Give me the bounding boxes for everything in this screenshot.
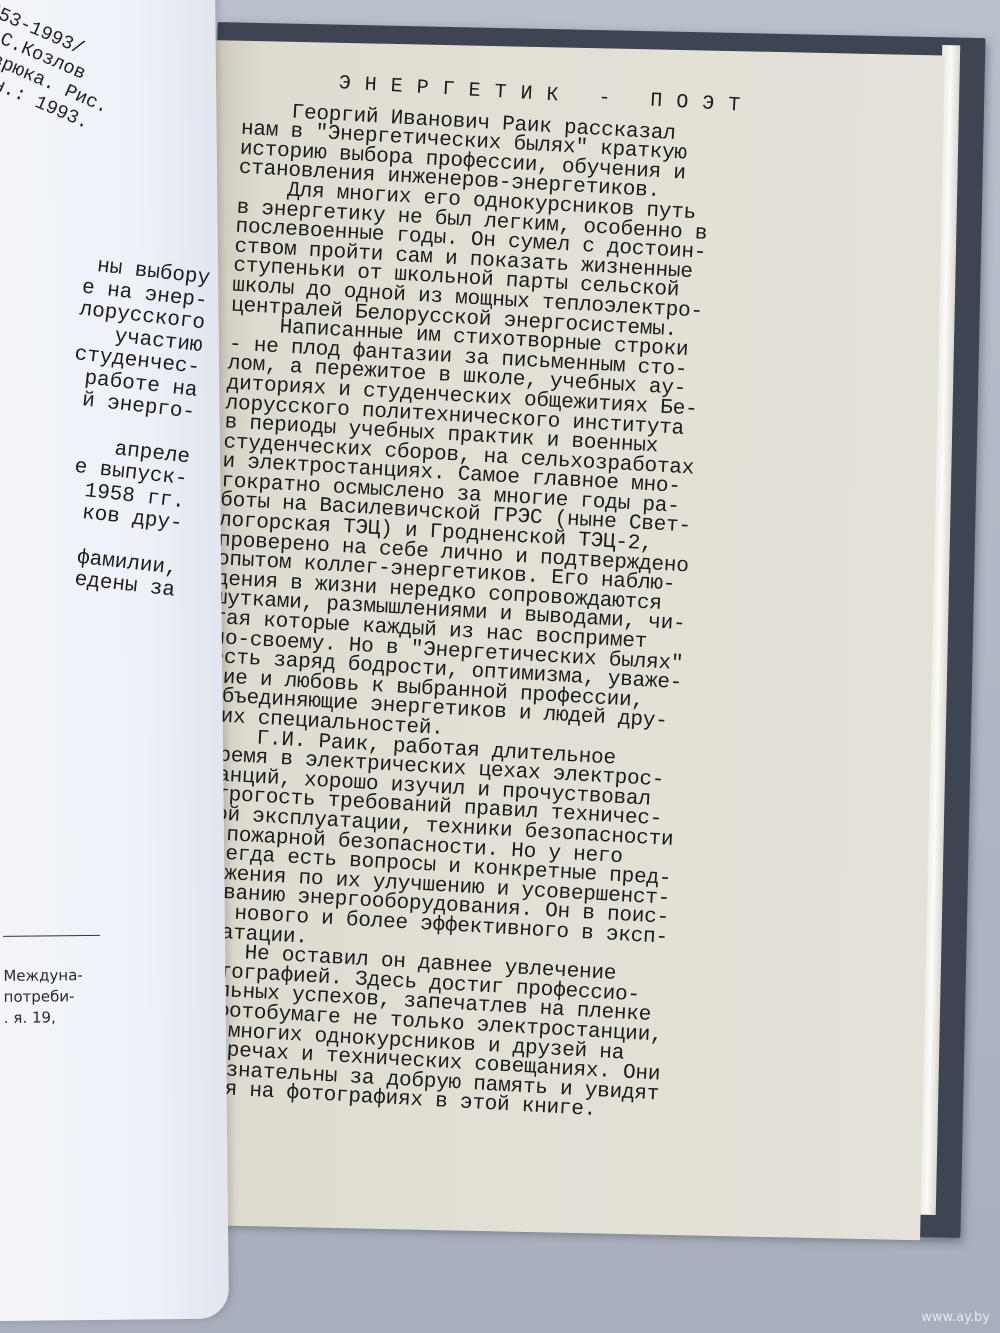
- left-page-footer: Междуна-потреби-. я. 19,: [3, 965, 83, 1029]
- left-page: 553-1993/С.С.КозловСеврюка. Рис.- Мн.: 1…: [0, 0, 229, 1321]
- left-page-body: ны выборуе на энер-лорусскогоучастиюстуд…: [0, 240, 211, 603]
- right-page-text: ЭНЕРГЕТИК - ПОЭТ Георгий Иванович Раик р…: [187, 69, 824, 1131]
- footer-line: потреби-: [4, 986, 84, 1008]
- body-text: Георгий Иванович Раик рассказалнам в "Эн…: [187, 100, 822, 1130]
- right-page: ЭНЕРГЕТИК - ПОЭТ Георгий Иванович Раик р…: [180, 40, 945, 1240]
- left-page-header: 553-1993/С.С.КозловСеврюка. Рис.- Мн.: 1…: [0, 0, 129, 139]
- footnote-divider: [3, 935, 100, 937]
- footer-line: Междуна-: [3, 965, 83, 987]
- footer-line: . я. 19,: [4, 1007, 84, 1029]
- watermark: www.ay.by: [921, 1310, 990, 1325]
